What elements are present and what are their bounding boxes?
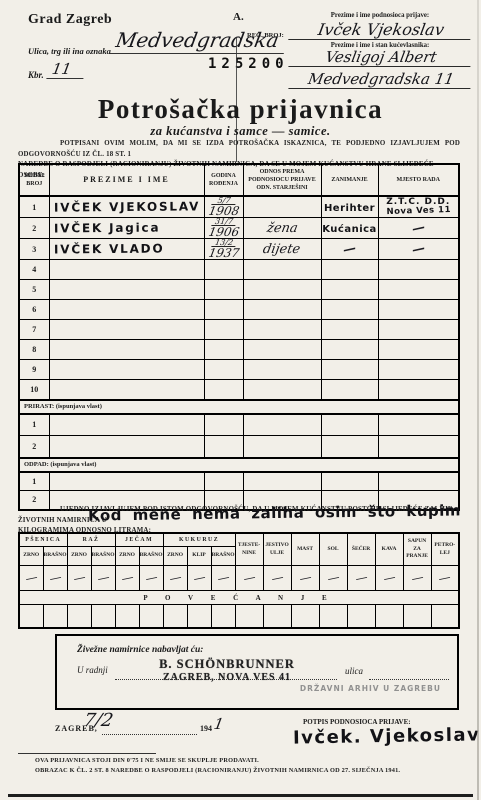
- intro-line1: POTPISANI OVIM MOLIM, DA MI SE IZDA POTR…: [18, 139, 460, 160]
- city-heading: Grad Zagreb: [28, 12, 112, 28]
- row-number: 7: [19, 320, 49, 340]
- relation-handwritten: dijete: [262, 242, 302, 257]
- shop-label: U radnji: [77, 665, 108, 675]
- povecanje-label: P O V E Ć A N J E: [19, 591, 459, 605]
- col-kava: KAVA: [375, 533, 403, 566]
- shop-stamp-address: ZAGREB, NOVA VES 41: [127, 672, 327, 683]
- value-dash: —: [298, 571, 311, 585]
- group-psenica: PŠENICA: [19, 533, 67, 547]
- form-title: Potrošačka prijavnica: [0, 94, 481, 125]
- person-row-8: 8: [19, 340, 459, 360]
- sub-brasno: BRAŠNO: [211, 547, 235, 566]
- row-number: 1: [19, 196, 49, 218]
- date-handwritten: 7/2: [82, 710, 115, 731]
- group-kukuruz: KUKURUZ: [163, 533, 235, 547]
- shop-street-label: ulica: [345, 666, 363, 676]
- person-row-3: 3 IVČEK VLADO 13/21937 dijete — —: [19, 239, 459, 260]
- value-dash: —: [168, 571, 181, 585]
- birth-year-handwritten: 1906: [204, 226, 243, 238]
- house-number-label: Kbr.: [28, 70, 44, 80]
- prirast-label-row: PRIRAST: (ispunjava vlast): [19, 400, 459, 414]
- value-dash: —: [192, 571, 205, 585]
- col-mjesto-rada: MJESTO RADA: [378, 164, 459, 196]
- odpad-row-1: 1: [19, 472, 459, 491]
- row-number: 2: [19, 436, 49, 458]
- value-dash: —: [25, 571, 38, 585]
- shop-declaration-box: Živežne namirnice nabavljat ću: U radnji…: [55, 634, 459, 710]
- year-printed: 194: [200, 724, 212, 733]
- col-petrolej: PETRO-LEJ: [431, 533, 459, 566]
- reg-number-stamp: 125200: [208, 56, 289, 72]
- row-number: 10: [19, 380, 49, 400]
- value-dash: —: [270, 571, 283, 585]
- form-section-letter: A.: [233, 11, 244, 23]
- sub-klip: KLIP: [187, 547, 211, 566]
- sub-zrno: ZRNO: [19, 547, 43, 566]
- shop-stamp-name: B. SCHÖNBRUNNER: [127, 657, 327, 672]
- person-row-2: 2 IVČEK Jagica 31/71906 žena Kućanica —: [19, 218, 459, 239]
- footer-separator: [18, 753, 156, 754]
- value-dash: —: [216, 571, 229, 585]
- col-secer: ŠEĆER: [347, 533, 375, 566]
- value-dash: —: [326, 571, 339, 585]
- supplies-empty-row: [19, 605, 459, 629]
- value-dash: —: [410, 571, 423, 585]
- person-name-handwritten: IVČEK VJEKOSLAV: [53, 199, 199, 214]
- year-handwritten: 1: [212, 715, 225, 733]
- person-row-5: 5: [19, 280, 459, 300]
- row-number: 6: [19, 300, 49, 320]
- person-row-9: 9: [19, 360, 459, 380]
- value-dash: —: [242, 571, 255, 585]
- value-dash: —: [48, 571, 61, 585]
- scan-edge-bottom: [8, 794, 473, 797]
- supplies-table: PŠENICA RAŽ JEČAM KUKURUZ TJESTE-NINE JE…: [18, 532, 460, 629]
- row-number: 1: [19, 414, 49, 436]
- prirast-row-1: 1: [19, 414, 459, 436]
- sub-brasno: BRAŠNO: [43, 547, 67, 566]
- sub-brasno: BRAŠNO: [91, 547, 115, 566]
- scanned-form-page: Grad Zagreb Ulica, trg ili ina oznaka Me…: [0, 0, 481, 800]
- odpad-label-row: ODPAD: (ispunjava vlast): [19, 458, 459, 472]
- shop-street-line: [369, 678, 449, 680]
- row-number: 3: [19, 239, 49, 260]
- col-mast: MAST: [291, 533, 319, 566]
- scan-edge-right: [477, 0, 479, 800]
- birth-year-handwritten: 1908: [204, 205, 243, 217]
- person-row-7: 7: [19, 320, 459, 340]
- reg-number-label: REG. BROJ:: [247, 32, 284, 39]
- row-number: 8: [19, 340, 49, 360]
- col-prezime-ime: PREZIME I IME: [49, 164, 204, 196]
- workplace-dash: —: [410, 220, 426, 237]
- person-row-1: 1 IVČEK VJEKOSLAV 5/71908 Herihter Z.T.C…: [19, 196, 459, 218]
- povecanje-row: P O V E Ć A N J E: [19, 591, 459, 605]
- col-zanimanje: ZANIMANJE: [321, 164, 378, 196]
- form-subtitle: za kućanstva i samce — samice.: [0, 124, 481, 139]
- row-number: 5: [19, 280, 49, 300]
- row-number: 4: [19, 260, 49, 280]
- row-number: 9: [19, 360, 49, 380]
- relation-handwritten: žena: [265, 221, 298, 236]
- prirast-label: PRIRAST: (ispunjava vlast): [19, 400, 459, 414]
- value-dash: —: [144, 571, 157, 585]
- group-raz: RAŽ: [67, 533, 115, 547]
- footer-note-1: OVA PRIJAVNICA STOJI DIN 0'75 I NE SMIJE…: [35, 757, 259, 764]
- persons-table: REDNI BROJ PREZIME I IME GODINA ROĐENJA …: [18, 163, 460, 511]
- shop-stamp: B. SCHÖNBRUNNER ZAGREB, NOVA VES 41: [127, 657, 327, 683]
- col-sapun: SAPUN ZA PRANJE: [403, 533, 431, 566]
- sub-zrno: ZRNO: [115, 547, 139, 566]
- supplies-values-row: — — — — — — — — — — — — — — — — —: [19, 566, 459, 591]
- landlord-handwritten: Vesligoj Albert: [288, 48, 473, 67]
- person-name-handwritten: IVČEK VLADO: [53, 242, 164, 257]
- person-row-6: 6: [19, 300, 459, 320]
- landlord-address-handwritten: Medvedgradska 11: [288, 70, 473, 89]
- supplies-group-header-row: PŠENICA RAŽ JEČAM KUKURUZ TJESTE-NINE JE…: [19, 533, 459, 547]
- applicant-label: Prezime i ime podnosioca prijave:: [290, 12, 470, 19]
- odpad-label: ODPAD: (ispunjava vlast): [19, 458, 459, 472]
- person-row-4: 4: [19, 260, 459, 280]
- archive-stamp: DRŽAVNI ARHIV U ZAGREBU: [300, 684, 441, 693]
- prirast-row-2: 2: [19, 436, 459, 458]
- date-line: [102, 733, 197, 735]
- applicant-handwritten: Ivček Vjekoslav: [288, 20, 474, 40]
- workplace-handwritten-2: Nova Ves 11: [378, 206, 458, 218]
- col-tjestenine: TJESTE-NINE: [235, 533, 263, 566]
- row-number: 2: [19, 218, 49, 239]
- shop-heading: Živežne namirnice nabavljat ću:: [77, 645, 203, 655]
- house-number-handwritten: 11: [46, 60, 86, 79]
- col-godina-rodenja: GODINA ROĐENJA: [204, 164, 243, 196]
- sub-zrno: ZRNO: [163, 547, 187, 566]
- row-number: 1: [19, 472, 49, 491]
- footer-note-2: OBRAZAC K ČL. 2 ST. 8 NAREDBE O RASPODJE…: [35, 767, 400, 774]
- signature-label: POTPIS PODNOSIOCA PRIJAVE:: [303, 718, 411, 726]
- value-dash: —: [120, 571, 133, 585]
- persons-header-row: REDNI BROJ PREZIME I IME GODINA ROĐENJA …: [19, 164, 459, 196]
- sub-brasno: BRAŠNO: [139, 547, 163, 566]
- value-dash: —: [382, 571, 395, 585]
- value-dash: —: [354, 571, 367, 585]
- workplace-dash: —: [410, 241, 426, 258]
- birth-year-handwritten: 1937: [204, 247, 243, 259]
- group-jecam: JEČAM: [115, 533, 163, 547]
- col-redni-broj: REDNI BROJ: [19, 164, 49, 196]
- street-label: Ulica, trg ili ina oznaka: [28, 46, 111, 56]
- value-dash: —: [438, 571, 451, 585]
- occupation-handwritten: Kućanica: [322, 224, 377, 235]
- signature-handwritten: Ivček. Vjekoslav: [293, 724, 481, 748]
- value-dash: —: [72, 571, 85, 585]
- person-name-handwritten: IVČEK Jagica: [53, 221, 159, 236]
- col-odnos: ODNOS PREMA PODNOSIOCU PRIJAVE ODN. STAR…: [243, 164, 321, 196]
- col-sol: SOL: [319, 533, 347, 566]
- col-jestivo-ulje: JESTIVO ULJE: [263, 533, 291, 566]
- sub-zrno: ZRNO: [67, 547, 91, 566]
- occupation-dash: —: [342, 241, 358, 258]
- person-row-10: 10: [19, 380, 459, 400]
- value-dash: —: [96, 571, 109, 585]
- occupation-handwritten: Herihter: [324, 203, 375, 214]
